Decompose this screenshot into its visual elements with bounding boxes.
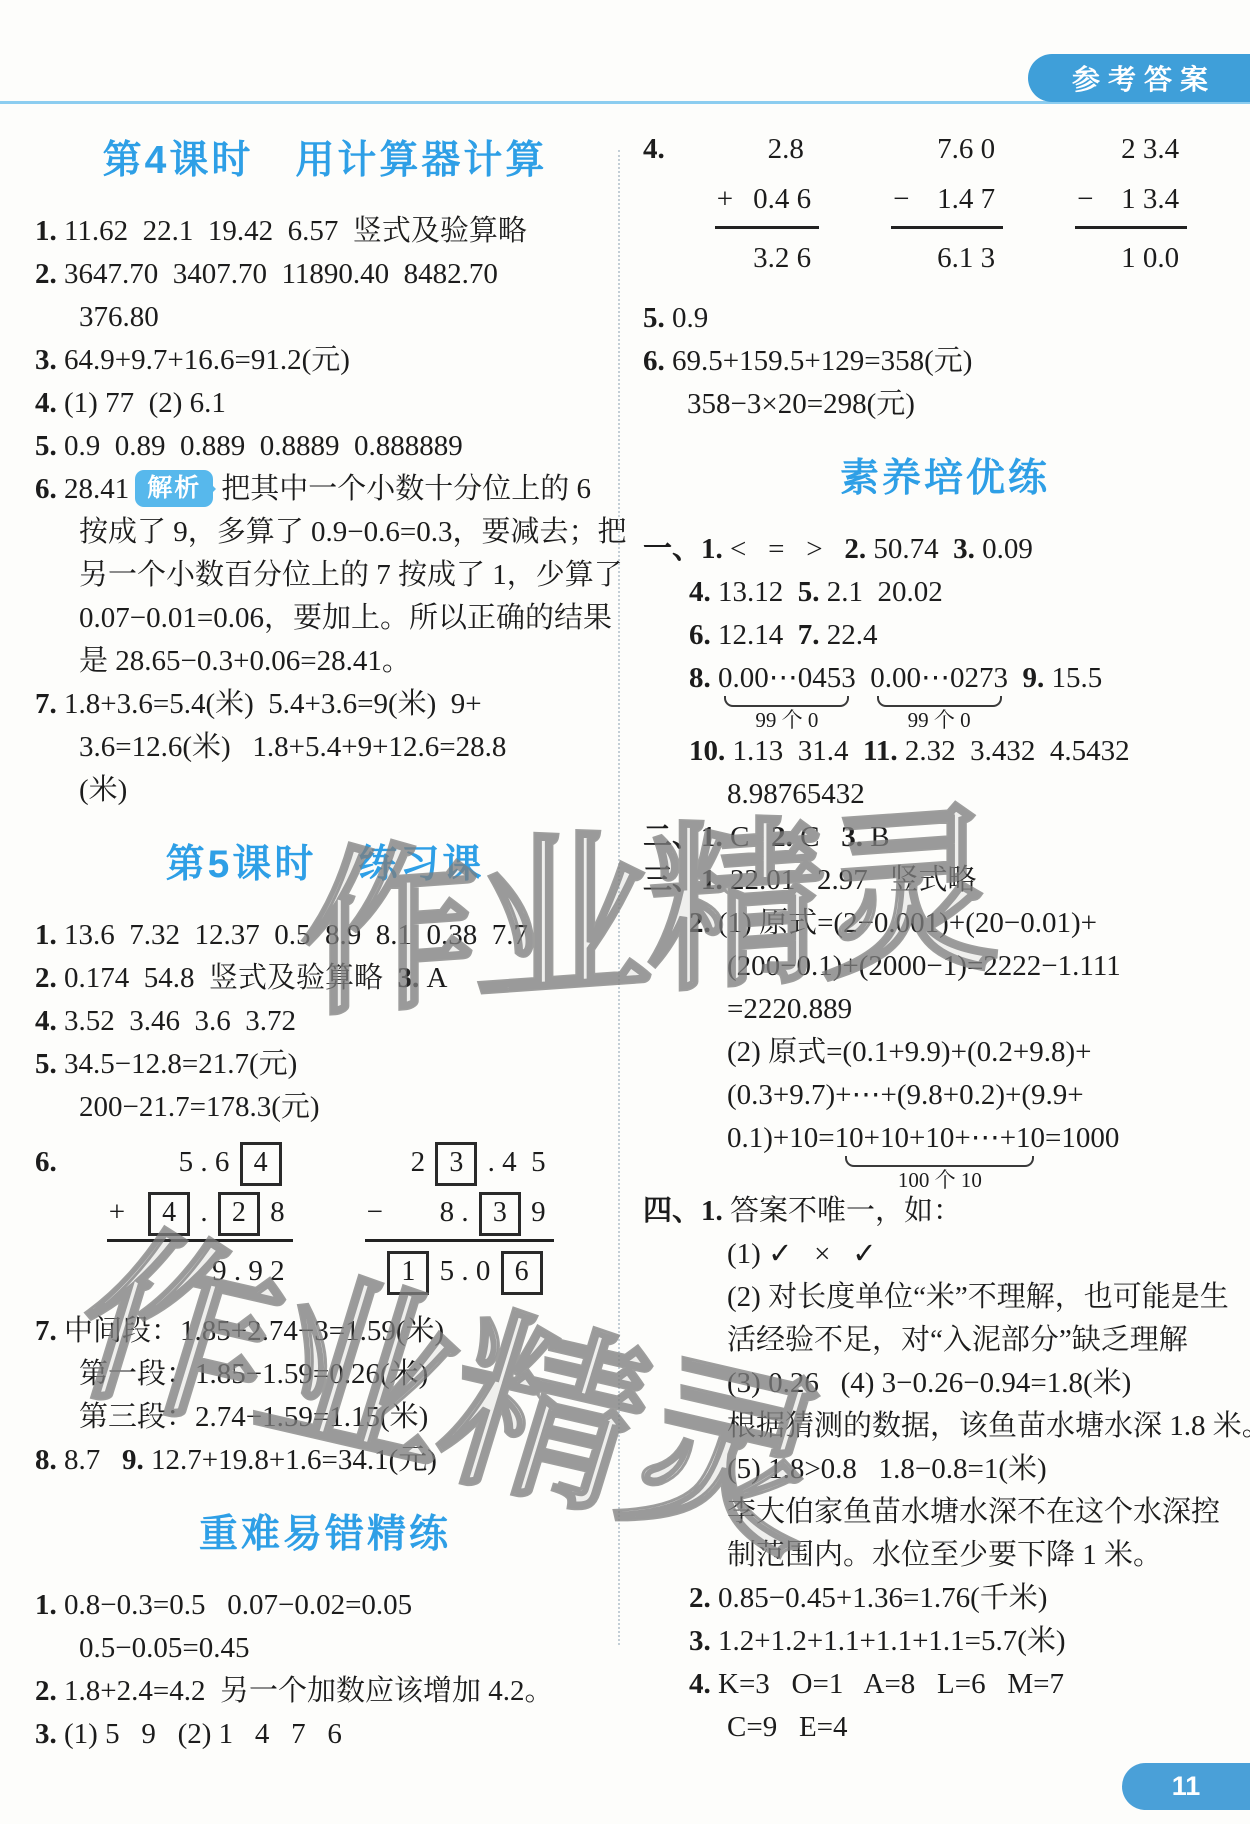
text-run: 13.6 7.32 12.37 0.5 8.9 8.1 0.38 7.7 [57,919,528,951]
vcalc-operand-digits: 4 . 2 8 [145,1187,285,1237]
answer-line: 0.5−0.05=0.45 [35,1627,615,1670]
text-run: 8.98765432 [727,778,865,810]
boxed-digit: 4 [240,1142,282,1186]
text-run: 2.1 20.02 [820,576,943,608]
text-run: 第三段：2.74−1.59=1.15(米) [79,1401,428,1433]
item-number: 7. [35,1315,57,1347]
answer-line: 2. 0.85−0.45+1.36=1.76(千米) [643,1577,1247,1620]
underbrace-label: 99 个 0 [908,707,971,734]
text-run: 0.09 [975,533,1033,565]
underbrace-label: 100 个 10 [898,1167,982,1194]
answer-line: 3. (1) 5 9 (2) 1 4 7 6 [35,1713,615,1756]
operator-sign: − [891,174,909,224]
text-run: 2 [411,1146,433,1178]
text-run: 0.9 0.89 0.889 0.8889 0.888889 [57,430,463,462]
text-run: 1.4 7 [937,183,995,215]
item-number: 6. [35,1137,57,1187]
text-run: 制范围内。水位至少要下降 1 米。 [727,1539,1162,1571]
text-run: A [419,962,447,994]
text-run: 11.62 22.1 19.42 6.57 竖式及验算略 [57,215,527,247]
underbrace: 100 个 10 [835,1156,1045,1194]
reference-answers-badge: 参考答案 [1028,54,1250,102]
underbrace-text: 0.00⋯0453 [718,662,856,694]
answer-line: 358−3×20=298(元) [643,383,1247,426]
answer-line: 2. (1) 原式=(2−0.001)+(20−0.01)+ [643,902,1247,945]
text-run: 1.2+1.2+1.1+1.1+1.1=5.7(米) [711,1625,1066,1657]
section-heading: 重难易错精练 [35,1506,615,1564]
column-divider [618,150,620,1645]
text-run: 13.12 [711,576,798,608]
answer-line: 8. 8.7 9. 12.7+19.8+1.6=34.1(元) [35,1439,615,1482]
text-run: =1000 [1045,1122,1119,1154]
vcalc-bottom-operand: −1.4 7 [891,174,1003,229]
answer-line: (3) 0.26 (4) 3−0.26−0.94=1.8(米) [643,1362,1247,1405]
text-run: 3647.70 3407.70 11890.40 8482.70 [57,258,498,290]
vcalc-top-operand: 5 . 6 4 [107,1137,293,1187]
text-run: 是 28.65−0.3+0.06=28.41。 [79,645,411,677]
vcalc-bottom-operand: −1 3.4 [1075,174,1187,229]
text-run: 答案不唯一，如： [723,1195,962,1227]
answer-line: 四、1. 答案不唯一，如： [643,1190,1247,1233]
answer-line: 1. 11.62 22.1 19.42 6.57 竖式及验算略 [35,210,615,253]
answer-line: 8.98765432 [643,773,1247,816]
text-run: 358−3×20=298(元) [687,388,915,420]
item-number: 2. [35,962,57,994]
answer-line: 根据猜测的数据，该鱼苗水塘水深 1.8 米。 [643,1405,1247,1448]
answer-line: 7. 中间段：1.85+2.74−3=1.59(米) [35,1310,615,1353]
operator-sign: − [1075,174,1093,224]
item-number: 3. [841,821,863,853]
answer-line: 0.07−0.01=0.06，要加上。所以正确的结果 [35,597,615,640]
item-number: 3. [953,533,975,565]
answer-line: 8. 0.00⋯045399 个 0 0.00⋯027399 个 0 9. 15… [643,657,1247,700]
text-run: K=3 O=1 A=8 L=6 M=7 [711,1668,1064,1700]
vcalc-result: 6.1 3 [891,229,1003,283]
answer-line: (2) 对长度单位“米”不理解，也可能是生 [643,1276,1247,1319]
section-heading: 第4课时 用计算器计算 [35,132,615,190]
item-number: 5. [35,430,57,462]
answer-line: 4. (1) 77 (2) 6.1 [35,382,615,425]
item-number: 2. [689,907,711,939]
vcalc-operand-digits: 1.4 7 [937,174,995,224]
answer-line: =2220.889 [643,988,1247,1031]
text-run: 7.6 0 [937,133,995,165]
item-number: 9. [122,1444,144,1476]
text-run: 1.8+2.4=4.2 另一个加数应该增加 4.2。 [57,1675,554,1707]
item-number: 10. [689,735,725,767]
text-run: 8 . [440,1196,476,1228]
answer-line: 5. 34.5−12.8=21.7(元) [35,1043,615,1086]
item-number: 1. [701,533,723,565]
vcalc-result: 1 0.0 [1075,229,1187,283]
operator-sign: + [107,1187,125,1237]
item-number: 5. [35,1048,57,1080]
answer-line: C=9 E=4 [643,1706,1247,1749]
answer-line: 活经验不足，对“入泥部分”缺乏理解 [643,1319,1247,1362]
answer-line: 0.1)+10=10+10+10+⋯+10100 个 10=1000 [643,1117,1247,1160]
left-column: 第4课时 用计算器计算1. 11.62 22.1 19.42 6.57 竖式及验… [35,126,615,1756]
answer-line: 3. 1.2+1.2+1.1+1.1+1.1=5.7(米) [643,1620,1247,1663]
underbrace-bracket [845,1156,1034,1167]
section-heading: 素养培优练 [643,450,1247,508]
text-run: 50.74 [866,533,953,565]
vcalc-top-operand: 2 3.4 [1075,124,1187,174]
text-run: 李大伯家鱼苗水塘水深不在这个水深控 [727,1496,1220,1528]
answer-line: 6. 28.41解析把其中一个小数十分位上的 6 [35,468,615,511]
analysis-badge: 解析 [135,470,213,507]
underbrace: 99 个 0 [718,696,856,734]
text-run: (5) 1.8>0.8 1.8−0.8=1(米) [727,1453,1047,1485]
vcalc-result: 9 . 9 2 [107,1242,293,1296]
text-run: (1) 5 9 (2) 1 4 7 6 [57,1718,342,1750]
text-run: 2 3.4 [1121,133,1179,165]
text-run: 按成了 9，多算了 0.9−0.6=0.3，要减去；把 [79,516,626,548]
answer-line: 3.6=12.6(米) 1.8+5.4+9+12.6=28.8 [35,726,615,769]
answer-line: 4. 13.12 5. 2.1 20.02 [643,571,1247,614]
answer-line: 10. 1.13 31.4 11. 2.32 3.432 4.5432 [643,730,1247,773]
text-run: (200−0.1)+(2000−1)=2222−1.111 [727,950,1121,982]
answer-line: 一、1. < = > 2. 50.74 3. 0.09 [643,528,1247,571]
vcalc-bottom-operand: +0.4 6 [715,174,819,229]
text-run: 0.85−0.45+1.36=1.76(千米) [711,1582,1048,1614]
answer-page: 参考答案 第4课时 用计算器计算1. 11.62 22.1 19.42 6.57… [0,0,1250,1824]
item-number: 4. [689,576,711,608]
text-run: 0.07−0.01=0.06，要加上。所以正确的结果 [79,602,612,634]
text-run: 3.6=12.6(米) 1.8+5.4+9+12.6=28.8 [79,731,506,763]
text-run: . [193,1196,215,1228]
text-run: 0.9 [665,302,709,334]
item-number: 三、 [643,864,701,896]
text-run: 200−21.7=178.3(元) [79,1091,320,1123]
text-run: . 4 5 [480,1146,545,1178]
vcalc-result: 1 5 . 0 6 [365,1242,554,1296]
item-number: 二、 [643,821,701,853]
item-number: 11. [863,735,898,767]
item-number: 5. [643,302,665,334]
underbrace-group: 0.00⋯027399 个 0 [870,657,1008,700]
item-number: 6. [643,345,665,377]
answer-line: (1) ✓ × ✓ [643,1233,1247,1276]
answer-line: 2. 0.174 54.8 竖式及验算略 3. A [35,957,615,1000]
answer-line: 制范围内。水位至少要下降 1 米。 [643,1534,1247,1577]
text-run: (0.3+9.7)+⋯+(9.8+0.2)+(9.9+ [727,1079,1084,1111]
item-number: 3. [35,1718,57,1750]
answer-line: 5. 0.9 [643,297,1247,340]
answer-line: 2. 3647.70 3407.70 11890.40 8482.70 [35,253,615,296]
item-number: 1. [701,821,723,853]
text-run: 第一段：1.85−1.59=0.26(米) [79,1358,428,1390]
item-number: 1. [701,1195,723,1227]
answer-line: 第一段：1.85−1.59=0.26(米) [35,1353,615,1396]
right-column: 4.2.8 +0.4 63.2 67.6 0−1.4 76.1 32 3.4−1… [643,116,1247,1749]
underbrace-text: 10+10+10+⋯+10 [835,1122,1045,1154]
text-run: (1) 77 (2) 6.1 [57,387,226,419]
text-run: 根据猜测的数据，该鱼苗水塘水深 1.8 米。 [727,1410,1250,1442]
vertical-calculation: 2 3.4−1 3.41 0.0 [1075,124,1187,283]
item-number: 3. [689,1625,711,1657]
answer-line: 1. 13.6 7.32 12.37 0.5 8.9 8.1 0.38 7.7 [35,914,615,957]
answer-line: (米) [35,769,615,812]
item-number: 2. [35,1675,57,1707]
item-number: 4. [35,387,57,419]
text-run: 69.5+159.5+129=358(元) [665,345,973,377]
item-number: 4. [689,1668,711,1700]
vertical-calculation: 2.8 +0.4 63.2 6 [715,124,819,283]
text-run: 12.14 [711,619,798,651]
answer-line: 第三段：2.74−1.59=1.15(米) [35,1396,615,1439]
text-run: 另一个小数百分位上的 7 按成了 1，少算了 [79,559,623,591]
vertical-calculation: 7.6 0−1.4 76.1 3 [891,124,1003,283]
vcalc-operand-digits: 1 3.4 [1121,174,1179,224]
answer-line: 另一个小数百分位上的 7 按成了 1，少算了 [35,554,615,597]
answer-line: 1. 0.8−0.3=0.5 0.07−0.02=0.05 [35,1584,615,1627]
vertical-calculation: 5 . 6 4+4 . 2 89 . 9 2 [107,1137,293,1296]
text-run: 0.1)+10= [727,1122,835,1154]
item-number: 1. [35,919,57,951]
vertical-calc-row: 6.5 . 6 4+4 . 2 89 . 9 22 3 . 4 5−8 . 3 … [35,1137,615,1296]
item-number: 8. [689,662,711,694]
answer-line: 6. 69.5+159.5+129=358(元) [643,340,1247,383]
text-run: (1) ✓ × ✓ [727,1238,877,1270]
item-number: 4. [35,1005,57,1037]
vcalc-operand-digits: 0.4 6 [753,174,811,224]
text-run: C [723,821,771,853]
page-number-badge: 11 [1122,1763,1250,1810]
text-run: 28.41 [57,473,130,505]
text-run: 5 . 6 [179,1146,237,1178]
text-run: 2.8 [768,133,812,165]
text-run: 12.7+19.8+1.6=34.1(元) [144,1444,437,1476]
item-number: 6. [689,619,711,651]
text-run: 34.5−12.8=21.7(元) [57,1048,298,1080]
underbrace-label: 99 个 0 [755,707,818,734]
boxed-digit: 1 [387,1251,429,1295]
item-number: 2. [844,533,866,565]
text-run: C [793,821,841,853]
text-run: 8.7 [57,1444,122,1476]
item-number: 4. [643,124,665,174]
vcalc-bottom-operand: −8 . 3 9 [365,1187,554,1242]
underbrace-group: 10+10+10+⋯+10100 个 10 [835,1117,1045,1160]
boxed-digit: 6 [501,1251,543,1295]
text-run: 中间段：1.85+2.74−3=1.59(米) [57,1315,444,1347]
text-run: 8 [263,1196,285,1228]
answer-line: 5. 0.9 0.89 0.889 0.8889 0.888889 [35,425,615,468]
vertical-calculation: 2 3 . 4 5−8 . 3 91 5 . 0 6 [365,1137,554,1296]
item-number: 1. [701,864,723,896]
text-run: (米) [79,774,127,806]
text-run: 9 . 9 2 [212,1255,285,1287]
text-run: 6.1 3 [937,242,995,274]
text-run: < = > [723,533,845,565]
underbrace-bracket [724,696,849,707]
answer-line: 4. 3.52 3.46 3.6 3.72 [35,1000,615,1043]
vcalc-top-operand: 2.8 [715,124,819,174]
vcalc-top-operand: 2 3 . 4 5 [365,1137,554,1187]
item-number: 9. [1023,662,1045,694]
answer-line: (0.3+9.7)+⋯+(9.8+0.2)+(9.9+ [643,1074,1247,1117]
item-number: 2. [771,821,793,853]
answer-line: 6. 12.14 7. 22.4 [643,614,1247,657]
text-run: 0.4 6 [753,183,811,215]
item-number: 2. [35,258,57,290]
text-run: =2220.889 [727,993,852,1025]
boxed-digit: 4 [148,1192,190,1236]
item-number: 7. [798,619,820,651]
text-run: 把其中一个小数十分位上的 6 [221,473,591,505]
operator-sign: − [365,1187,383,1237]
text-run: 1 3.4 [1121,183,1179,215]
underbrace-text: 0.00⋯0273 [870,662,1008,694]
text-run: (2) 对长度单位“米”不理解，也可能是生 [727,1281,1229,1313]
answer-line: 李大伯家鱼苗水塘水深不在这个水深控 [643,1491,1247,1534]
boxed-digit: 3 [479,1192,521,1236]
text-run: 3.52 3.46 3.6 3.72 [57,1005,296,1037]
text-run: 1.8+3.6=5.4(米) 5.4+3.6=9(米) 9+ [57,688,482,720]
underbrace-bracket [877,696,1002,707]
vcalc-result: 3.2 6 [715,229,819,283]
vcalc-bottom-operand: +4 . 2 8 [107,1187,293,1242]
text-run [856,662,871,694]
operator-sign: + [715,174,733,224]
text-run: (3) 0.26 (4) 3−0.26−0.94=1.8(米) [727,1367,1131,1399]
answer-line: 4. K=3 O=1 A=8 L=6 M=7 [643,1663,1247,1706]
text-run [1008,662,1023,694]
page-number: 11 [1172,1771,1201,1802]
text-run: 0.174 54.8 竖式及验算略 [57,962,398,994]
answer-line: (200−0.1)+(2000−1)=2222−1.111 [643,945,1247,988]
answer-line: 7. 1.8+3.6=5.4(米) 5.4+3.6=9(米) 9+ [35,683,615,726]
vertical-calc-row: 4.2.8 +0.4 63.2 67.6 0−1.4 76.1 32 3.4−1… [643,124,1247,283]
reference-answers-label: 参考答案 [1072,58,1216,98]
text-run: 64.9+9.7+16.6=91.2(元) [57,344,350,376]
text-run [711,662,718,694]
item-number: 1. [35,1589,57,1621]
item-number: 2. [689,1582,711,1614]
item-number: 3. [35,344,57,376]
answer-line: 3. 64.9+9.7+16.6=91.2(元) [35,339,615,382]
section-heading: 第5课时 练习课 [35,836,615,894]
item-number: 8. [35,1444,57,1476]
item-number: 7. [35,688,57,720]
answer-line: 二、1. C 2. C 3. B [643,816,1247,859]
text-run: 0.8−0.3=0.5 0.07−0.02=0.05 [57,1589,412,1621]
item-number: 一、 [643,533,701,565]
underbrace-group: 0.00⋯045399 个 0 [718,657,856,700]
item-number: 3. [398,962,420,994]
text-run: 活经验不足，对“入泥部分”缺乏理解 [727,1324,1188,1356]
underbrace: 99 个 0 [870,696,1008,734]
item-number: 1. [35,215,57,247]
text-run: 15.5 [1044,662,1102,694]
text-run: 1.13 31.4 [725,735,863,767]
text-run: 22.01 2.97 竖式略 [723,864,977,896]
answer-line: (2) 原式=(0.1+9.9)+(0.2+9.8)+ [643,1031,1247,1074]
text-run: 2.32 3.432 4.5432 [898,735,1130,767]
text-run: B [863,821,890,853]
item-number: 四、 [643,1195,701,1227]
text-run: 9 [524,1196,546,1228]
text-run: 1 0.0 [1121,242,1179,274]
boxed-digit: 3 [435,1142,477,1186]
item-number: 5. [798,576,820,608]
answer-line: 是 28.65−0.3+0.06=28.41。 [35,640,615,683]
text-run: (2) 原式=(0.1+9.9)+(0.2+9.8)+ [727,1036,1091,1068]
vcalc-operand-digits: 8 . 3 9 [440,1187,546,1237]
text-run: C=9 E=4 [727,1711,848,1743]
text-run: 0.5−0.05=0.45 [79,1632,249,1664]
text-run: 3.2 6 [753,242,811,274]
boxed-digit: 2 [218,1192,260,1236]
text-run: 5 . 0 [432,1255,497,1287]
answer-line: 三、1. 22.01 2.97 竖式略 [643,859,1247,902]
answer-line: (5) 1.8>0.8 1.8−0.8=1(米) [643,1448,1247,1491]
text-run: 22.4 [820,619,878,651]
answer-line: 按成了 9，多算了 0.9−0.6=0.3，要减去；把 [35,511,615,554]
text-run: (1) 原式=(2−0.001)+(20−0.01)+ [711,907,1097,939]
vcalc-top-operand: 7.6 0 [891,124,1003,174]
answer-line: 200−21.7=178.3(元) [35,1086,615,1129]
answer-line: 376.80 [35,296,615,339]
answer-line: 2. 1.8+2.4=4.2 另一个加数应该增加 4.2。 [35,1670,615,1713]
text-run: 376.80 [79,301,159,333]
item-number: 6. [35,473,57,505]
